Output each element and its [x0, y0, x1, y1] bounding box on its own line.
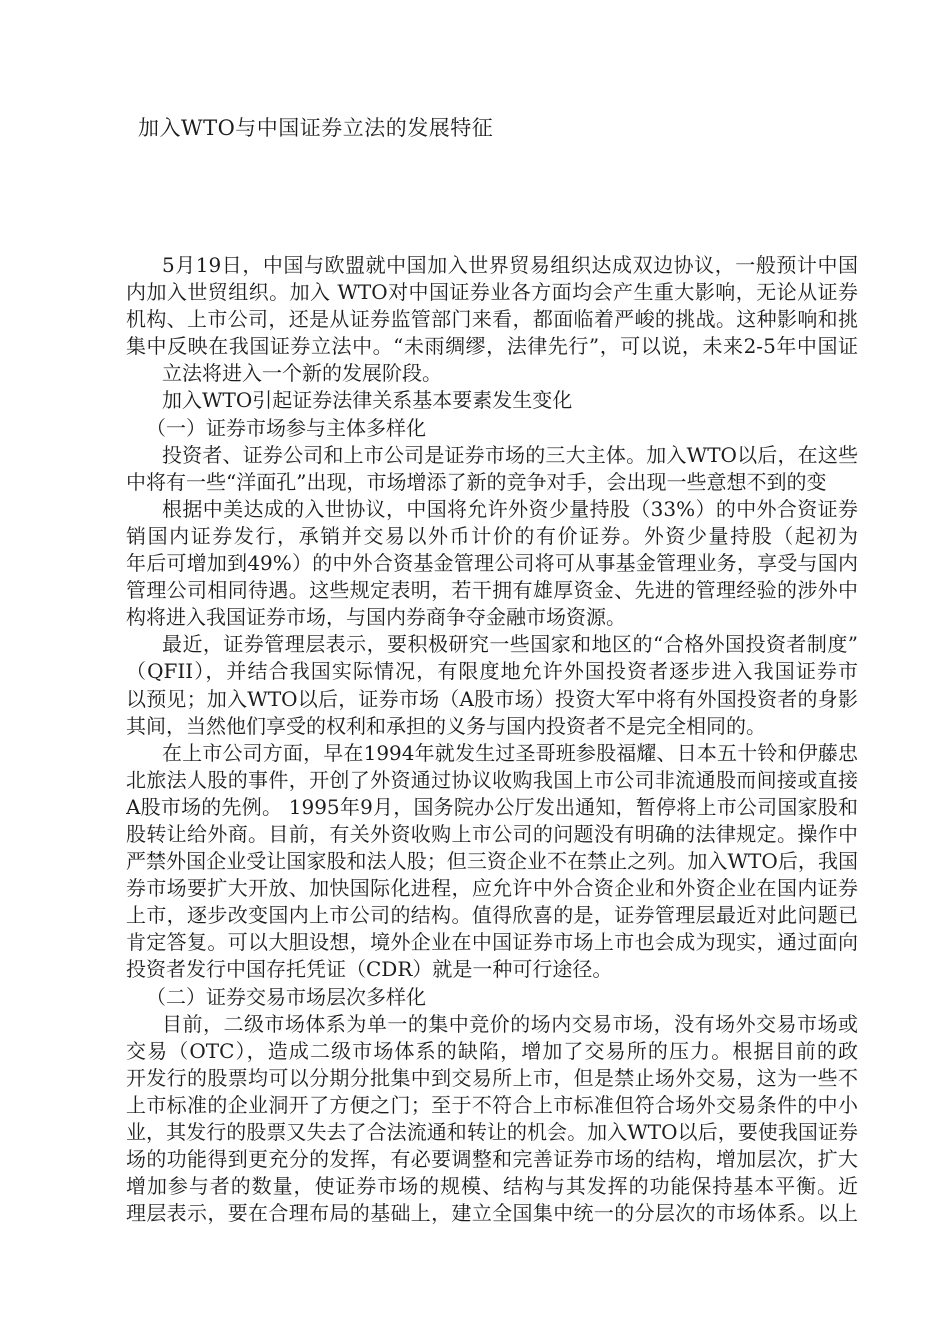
text-line: 业，其发行的股票又失去了合法流通和转让的机会。加入WTO以后，要使我国证券市	[126, 1119, 858, 1146]
text-line: 年后可增加到49%）的中外合资基金管理公司将可从事基金管理业务，享受与国内基金	[126, 550, 858, 577]
text-line: 根据中美达成的入世协议，中国将允许外资少量持股（33%）的中外合资证券公司承	[126, 496, 858, 523]
text-line: （二）证券交易市场层次多样化	[126, 984, 858, 1011]
text-line: 券市场要扩大开放、加快国际化进程，应允许中外合资企业和外资企业在国内证券市场	[126, 875, 858, 902]
text-line: 目前，二级市场体系为单一的集中竞价的场内交易市场，没有场外交易市场或柜台	[126, 1011, 858, 1038]
text-line: 集中反映在我国证券立法中。“未雨绸缪，法律先行”，可以说，未来2-5年中国证券	[126, 333, 858, 360]
text-line: 上市标准的企业洞开了方便之门；至于不符合上市标准但符合场外交易条件的中小型企	[126, 1092, 858, 1119]
text-line: 交易（OTC），造成二级市场体系的缺陷，增加了交易所的压力。根据目前的政策，公	[126, 1038, 858, 1065]
text-line: 机构、上市公司，还是从证券监管部门来看，都面临着严峻的挑战。这种影响和挑战将	[126, 306, 858, 333]
text-line: 管理公司相同待遇。这些规定表明，若干拥有雄厚资金、先进的管理经验的涉外中介机	[126, 577, 858, 604]
text-line: 构将进入我国证券市场，与国内券商争夺金融市场资源。	[126, 604, 858, 631]
text-line: 理层表示，要在合理布局的基础上，建立全国集中统一的分层次的市场体系。以上海和	[126, 1200, 858, 1227]
text-line: 立法将进入一个新的发展阶段。	[126, 360, 858, 387]
text-line: 严禁外国企业受让国家股和法人股；但三资企业不在禁止之列。加入WTO后，我国证	[126, 848, 858, 875]
text-line: 上市，逐步改变国内上市公司的结构。值得欣喜的是，证券管理层最近对此问题已作出	[126, 902, 858, 929]
text-line: 在上市公司方面，早在1994年就发生过圣哥班参股福耀、日本五十铃和伊藤忠受让	[126, 740, 858, 767]
text-line: 增加参与者的数量，使证券市场的规模、结构与其发挥的功能保持基本平衡。近期，管	[126, 1173, 858, 1200]
text-line: （一）证券市场参与主体多样化	[126, 415, 858, 442]
text-line: 以预见；加入WTO以后，证券市场（A股市场）投资大军中将有外国投资者的身影点缀	[126, 686, 858, 713]
text-line: A股市场的先例。 1995年9月，国务院办公厅发出通知，暂停将上市公司国家股和法…	[126, 794, 858, 821]
text-line: 中将有一些“洋面孔”出现，市场增添了新的竞争对手，会出现一些意想不到的变化。	[126, 469, 858, 496]
text-line: 加入WTO引起证券法律关系基本要素发生变化	[126, 387, 858, 414]
document-title: 加入WTO与中国证券立法的发展特征	[138, 115, 858, 142]
text-line: 销国内证券发行，承销并交易以外币计价的有价证券。外资少量持股（起初为33%；三	[126, 523, 858, 550]
text-line: 北旅法人股的事件，开创了外资通过协议收购我国上市公司非流通股而间接或直接进入	[126, 767, 858, 794]
text-line: 肯定答复。可以大胆设想，境外企业在中国证券市场上市也会成为现实，通过面向中国	[126, 929, 858, 956]
text-line: （QFII），并结合我国实际情况，有限度地允许外国投资者逐步进入我国证券市场。可	[126, 658, 858, 685]
text-line: 其间，当然他们享受的权利和承担的义务与国内投资者不是完全相同的。	[126, 713, 858, 740]
text-line: 开发行的股票均可以分期分批集中到交易所上市，但是禁止场外交易，这为一些不符合	[126, 1065, 858, 1092]
text-line: 投资者发行中国存托凭证（CDR）就是一种可行途径。	[126, 956, 858, 983]
text-line: 内加入世贸组织。加入 WTO对中国证券业各方面均会产生重大影响，无论从证券中介	[126, 279, 858, 306]
title-body-gap	[126, 142, 858, 252]
text-line: 股转让给外商。目前，有关外资收购上市公司的问题没有明确的法律规定。操作中一般	[126, 821, 858, 848]
document-page: 加入WTO与中国证券立法的发展特征 5月19日，中国与欧盟就中国加入世界贸易组织…	[0, 0, 950, 1344]
text-line: 最近，证券管理层表示，要积极研究一些国家和地区的“合格外国投资者制度”	[126, 631, 858, 658]
document-body: 5月19日，中国与欧盟就中国加入世界贸易组织达成双边协议，一般预计中国将在年内加…	[126, 252, 858, 1227]
text-line: 投资者、证券公司和上市公司是证券市场的三大主体。加入WTO以后，在这些主体	[126, 442, 858, 469]
text-line: 场的功能得到更充分的发挥，有必要调整和完善证券市场的结构，增加层次，扩大范围	[126, 1146, 858, 1173]
text-line: 5月19日，中国与欧盟就中国加入世界贸易组织达成双边协议，一般预计中国将在年	[126, 252, 858, 279]
